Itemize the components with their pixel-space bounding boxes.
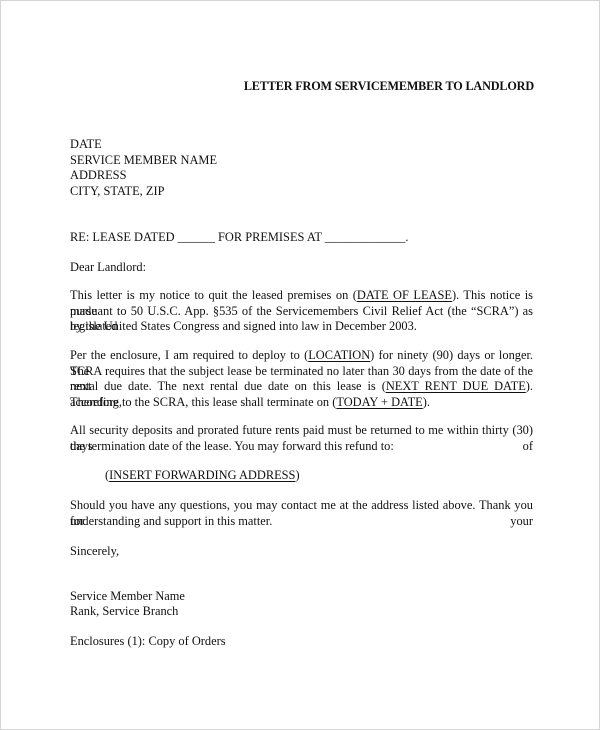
date-of-lease-placeholder: DATE OF LEASE xyxy=(357,288,452,302)
signature-rank: Rank, Service Branch xyxy=(70,604,533,620)
paragraph-questions: Should you have any questions, you may c… xyxy=(70,498,533,529)
sender-address: ADDRESS xyxy=(70,168,533,184)
letter-page: LETTER FROM SERVICEMEMBER TO LANDLORD DA… xyxy=(0,0,600,730)
re-line: RE: LEASE DATED ______ FOR PREMISES AT _… xyxy=(70,230,533,246)
signature-name: Service Member Name xyxy=(70,589,533,605)
salutation: Dear Landlord: xyxy=(70,260,533,276)
closing: Sincerely, xyxy=(70,544,533,560)
forwarding-address-placeholder: INSERT FORWARDING ADDRESS xyxy=(109,468,295,482)
sender-name: SERVICE MEMBER NAME xyxy=(70,153,533,169)
paragraph-refund: All security deposits and prorated futur… xyxy=(70,423,533,454)
letter-title: LETTER FROM SERVICEMEMBER TO LANDLORD xyxy=(1,79,534,95)
paragraph-notice-line-3: by the United States Congress and signed… xyxy=(70,319,533,335)
sender-city-state-zip: CITY, STATE, ZIP xyxy=(70,184,533,200)
location-placeholder: LOCATION xyxy=(308,348,370,362)
termination-date-placeholder: TODAY + DATE xyxy=(336,395,422,409)
paragraph-notice-line-2: pursuant to 50 U.S.C. App. §535 of the S… xyxy=(70,304,533,320)
paragraph-notice-line-1: This letter is my notice to quit the lea… xyxy=(70,288,533,304)
paragraph-deployment: Per the enclosure, I am required to depl… xyxy=(70,348,533,410)
paragraph-notice: This letter is my notice to quit the lea… xyxy=(70,288,533,335)
forwarding-address: (INSERT FORWARDING ADDRESS) xyxy=(105,468,300,484)
enclosures: Enclosures (1): Copy of Orders xyxy=(70,634,533,650)
next-rent-due-date-placeholder: NEXT RENT DUE DATE xyxy=(386,379,526,393)
sender-date: DATE xyxy=(70,137,533,153)
sender-block: DATE SERVICE MEMBER NAME ADDRESS CITY, S… xyxy=(70,137,533,199)
